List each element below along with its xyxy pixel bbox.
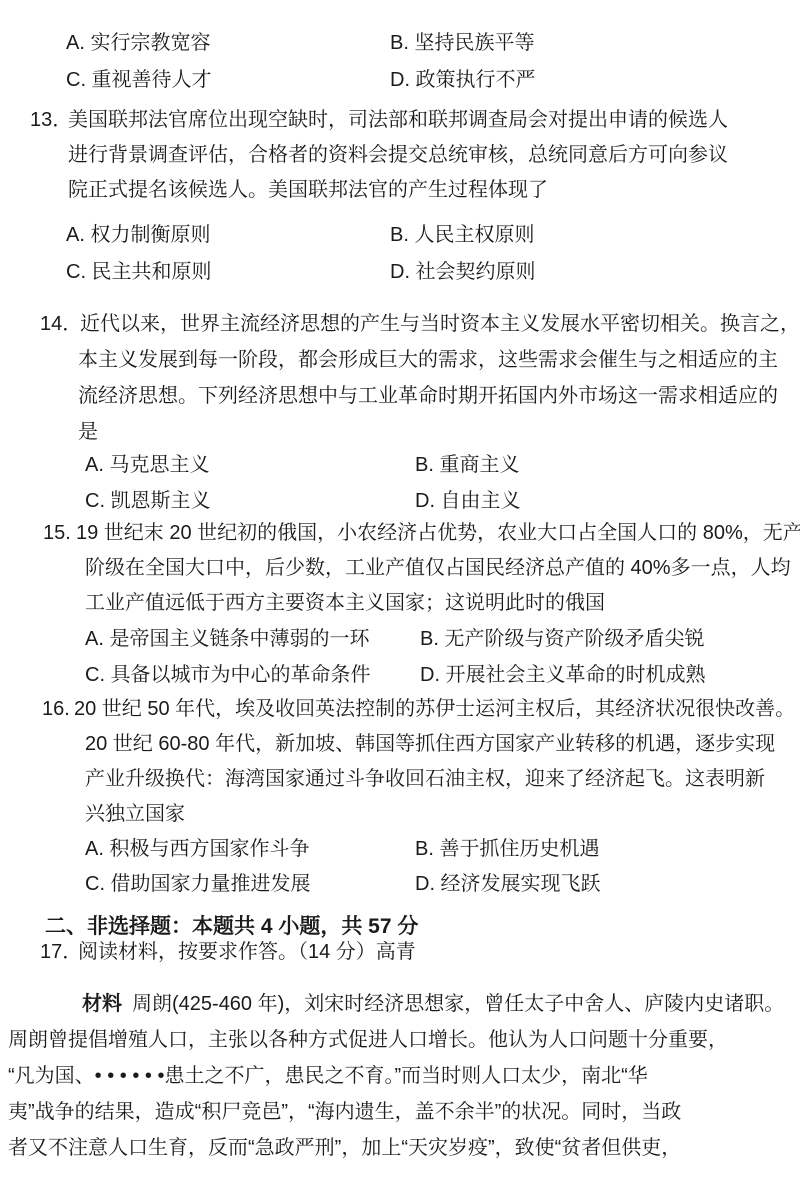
question-14-number: 14． [40, 306, 80, 342]
question-14-option-d: D. 自由主义 [415, 488, 521, 514]
question-16-option-d: D. 经济发展实现飞跃 [415, 871, 601, 897]
question-14-options-row-1: A. 马克思主义 B. 重商主义 [0, 452, 800, 478]
question-15-option-d: D. 开展社会主义革命的时机成熟 [420, 662, 706, 688]
carryover-option-c: C. 重视善待人才 [66, 67, 390, 93]
carryover-option-d: D. 政策执行不严 [390, 67, 536, 93]
question-16-line-1: 16.20 世纪 50 年代，埃及收回英法控制的苏伊士运河主权后，其经济状况很快… [0, 692, 800, 727]
material-line-2: 周朗曾提倡增殖人口，主张以各种方式促进人口增长。他认为人口问题十分重要， [0, 1022, 800, 1058]
material-text-1: 周朗(425-460 年)，刘宋时经济思想家，曾任太子中舍人、庐陵内史诸职。 [132, 993, 784, 1015]
question-14-option-b: B. 重商主义 [415, 452, 519, 478]
question-13-option-b: B. 人民主权原则 [390, 222, 534, 248]
question-13-line-1: 13．美国联邦法官席位出现空缺时，司法部和联邦调查局会对提出申请的候选人 [0, 103, 800, 138]
question-16-line-4: 兴独立国家 [0, 797, 800, 832]
question-14-options-row-2: C. 凯恩斯主义 D. 自由主义 [0, 488, 800, 514]
question-15-option-a: A. 是帝国主义链条中薄弱的一环 [85, 626, 420, 652]
carryover-options-row-1: A. 实行宗教宽容 B. 坚持民族平等 [0, 30, 800, 56]
question-13-line-3: 院正式提名该候选人。美国联邦法官的产生过程体现了 [0, 173, 800, 208]
question-13-option-c: C. 民主共和原则 [66, 259, 390, 285]
question-15: 15.19 世纪末 20 世纪初的俄国，小农经济占优势，农业大口占全国人口的 8… [0, 516, 800, 621]
question-14-line-3: 流经济思想。下列经济思想中与工业革命时期开拓国内外市场这一需求相适应的 [0, 378, 800, 414]
question-16-number: 16. [42, 692, 74, 727]
question-17-intro: 阅读材料，按要求作答。（14 分）高青 [78, 941, 416, 963]
question-16-option-a: A. 积极与西方国家作斗争 [85, 836, 415, 862]
question-14-line-2: 本主义发展到每一阶段，都会形成巨大的需求，这些需求会催生与之相适应的主 [0, 342, 800, 378]
question-16-options-row-2: C. 借助国家力量推进发展 D. 经济发展实现飞跃 [0, 871, 800, 897]
question-15-text-1: 19 世纪末 20 世纪初的俄国，小农经济占优势，农业大口占全国人口的 80%，… [76, 522, 800, 544]
material-line-3: “凡为国、• • • • • •患土之不广，患民之不育。”而当时则人口太少，南北… [0, 1058, 800, 1094]
question-15-option-b: B. 无产阶级与资产阶级矛盾尖锐 [420, 626, 704, 652]
material-line-1: 材料周朗(425-460 年)，刘宋时经济思想家，曾任太子中舍人、庐陵内史诸职。 [0, 986, 800, 1022]
question-16-text-1: 20 世纪 50 年代，埃及收回英法控制的苏伊士运河主权后，其经济状况很快改善。 [74, 698, 795, 720]
question-16-option-b: B. 善于抓住历史机遇 [415, 836, 599, 862]
question-13-option-d: D. 社会契约原则 [390, 259, 536, 285]
question-15-line-1: 15.19 世纪末 20 世纪初的俄国，小农经济占优势，农业大口占全国人口的 8… [0, 516, 800, 551]
question-15-options-row-2: C. 具备以城市为中心的革命条件 D. 开展社会主义革命的时机成熟 [0, 662, 800, 688]
question-13-options-row-2: C. 民主共和原则 D. 社会契约原则 [0, 259, 800, 285]
question-13-number: 13． [30, 103, 68, 138]
question-16-option-c: C. 借助国家力量推进发展 [85, 871, 415, 897]
question-15-number: 15. [43, 516, 76, 551]
question-16: 16.20 世纪 50 年代，埃及收回英法控制的苏伊士运河主权后，其经济状况很快… [0, 692, 800, 832]
question-14: 14．近代以来，世界主流经济思想的产生与当时资本主义发展水平密切相关。换言之， … [0, 306, 800, 450]
material-line-4: 夷”战争的结果，造成“积尸竞邑”，“海内遗生，盖不余半”的状况。同时，当政 [0, 1094, 800, 1130]
question-17: 17．阅读材料，按要求作答。（14 分）高青 [0, 938, 800, 966]
question-14-line-1: 14．近代以来，世界主流经济思想的产生与当时资本主义发展水平密切相关。换言之， [0, 306, 800, 342]
question-16-line-3: 产业升级换代：海湾国家通过斗争收回石油主权，迎来了经济起飞。这表明新 [0, 762, 800, 797]
question-13-text-1: 美国联邦法官席位出现空缺时，司法部和联邦调查局会对提出申请的候选人 [68, 109, 728, 131]
question-17-number: 17． [40, 938, 78, 966]
question-17-line-1: 17．阅读材料，按要求作答。（14 分）高青 [0, 938, 800, 966]
question-15-options-row-1: A. 是帝国主义链条中薄弱的一环 B. 无产阶级与资产阶级矛盾尖锐 [0, 626, 800, 652]
question-16-options-row-1: A. 积极与西方国家作斗争 B. 善于抓住历史机遇 [0, 836, 800, 862]
carryover-option-b: B. 坚持民族平等 [390, 30, 534, 56]
material-line-5: 者又不注意人口生育，反而“急政严刑”，加上“天灾岁疫”，致使“贫者但供吏， [0, 1130, 800, 1166]
question-14-option-c: C. 凯恩斯主义 [85, 488, 415, 514]
material-label: 材料 [82, 993, 122, 1015]
question-13-line-2: 进行背景调查评估，合格者的资料会提交总统审核，总统同意后方可向参议 [0, 138, 800, 173]
carryover-option-a: A. 实行宗教宽容 [66, 30, 390, 56]
question-13-option-a: A. 权力制衡原则 [66, 222, 390, 248]
question-16-line-2: 20 世纪 60-80 年代，新加坡、韩国等抓住西方国家产业转移的机遇，逐步实现 [0, 727, 800, 762]
question-15-option-c: C. 具备以城市为中心的革命条件 [85, 662, 420, 688]
question-13: 13．美国联邦法官席位出现空缺时，司法部和联邦调查局会对提出申请的候选人 进行背… [0, 103, 800, 208]
question-13-options-row-1: A. 权力制衡原则 B. 人民主权原则 [0, 222, 800, 248]
section-2-heading: 二、非选择题：本题共 4 小题，共 57 分 [45, 910, 800, 940]
section-2: 二、非选择题：本题共 4 小题，共 57 分 [0, 910, 800, 940]
question-15-line-2: 阶级在全国大口中，后少数，工业产值仅占国民经济总产值的 40%多一点，人均 [0, 551, 800, 586]
exam-page: A. 实行宗教宽容 B. 坚持民族平等 C. 重视善待人才 D. 政策执行不严 … [0, 0, 800, 1204]
question-14-option-a: A. 马克思主义 [85, 452, 415, 478]
question-17-material: 材料周朗(425-460 年)，刘宋时经济思想家，曾任太子中舍人、庐陵内史诸职。… [0, 986, 800, 1166]
question-15-line-3: 工业产值远低于西方主要资本主义国家；这说明此时的俄国 [0, 586, 800, 621]
question-14-text-1: 近代以来，世界主流经济思想的产生与当时资本主义发展水平密切相关。换言之， [80, 313, 800, 335]
carryover-options-row-2: C. 重视善待人才 D. 政策执行不严 [0, 67, 800, 93]
question-14-line-4: 是 [0, 414, 800, 450]
